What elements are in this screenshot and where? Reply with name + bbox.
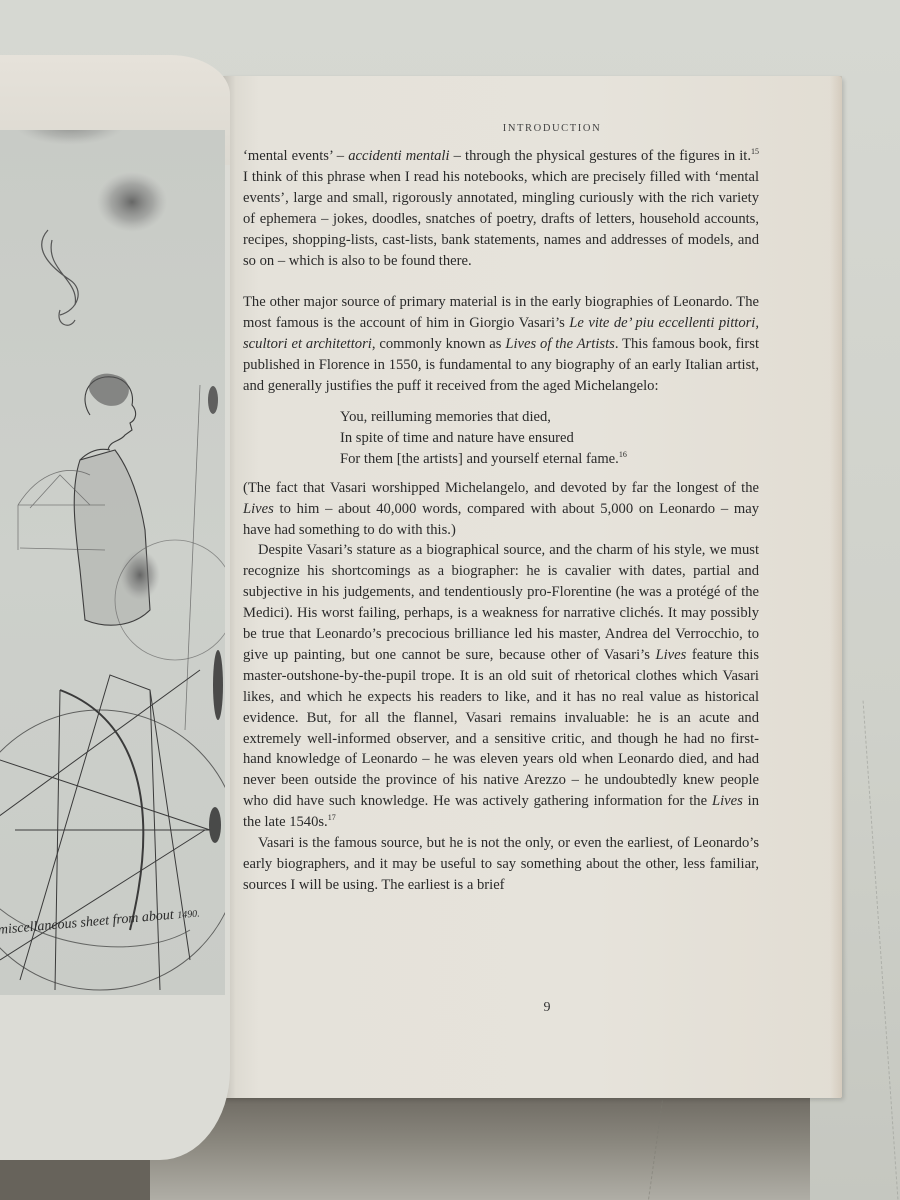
footnote-ref: 15 bbox=[751, 147, 759, 156]
sketch-illustration-icon bbox=[0, 130, 225, 995]
right-page: INTRODUCTION ‘mental events’ – accidenti… bbox=[222, 76, 842, 1098]
verse-line: You, reilluming memories that died, bbox=[340, 407, 759, 428]
italic-title: Lives bbox=[655, 647, 686, 663]
italic-title: Lives bbox=[712, 793, 743, 809]
page-number: 9 bbox=[222, 1000, 842, 1016]
illustration-plate bbox=[0, 130, 225, 995]
paragraph: ‘mental events’ – accidenti mentali – th… bbox=[243, 146, 759, 271]
verse-line: In spite of time and nature have ensured bbox=[340, 428, 759, 449]
paragraph: The other major source of primary materi… bbox=[243, 292, 759, 397]
body-text: ‘mental events’ – accidenti mentali – th… bbox=[243, 146, 759, 896]
running-head: INTRODUCTION bbox=[222, 123, 842, 134]
caption-year: 1490. bbox=[177, 908, 200, 921]
italic-title: Le vite de’ piu eccellenti pittori, scul… bbox=[243, 315, 759, 352]
footnote-ref: 17 bbox=[328, 813, 336, 822]
verse-line: For them [the artists] and yourself eter… bbox=[340, 449, 759, 470]
verse-quotation: You, reilluming memories that died,In sp… bbox=[340, 407, 759, 470]
book-shadow bbox=[150, 1095, 810, 1200]
paragraph: Despite Vasari’s stature as a biographic… bbox=[243, 540, 759, 833]
paragraph: Vasari is the famous source, but he is n… bbox=[243, 833, 759, 896]
footnote-ref: 16 bbox=[619, 450, 627, 459]
left-page: miscellaneous sheet from about 1490. bbox=[0, 55, 230, 1160]
paragraph: (The fact that Vasari worshipped Michela… bbox=[243, 478, 759, 541]
italic-title: accidenti mentali bbox=[348, 148, 449, 164]
italic-title: Lives of the Artists bbox=[505, 336, 615, 352]
italic-title: Lives bbox=[243, 501, 274, 517]
